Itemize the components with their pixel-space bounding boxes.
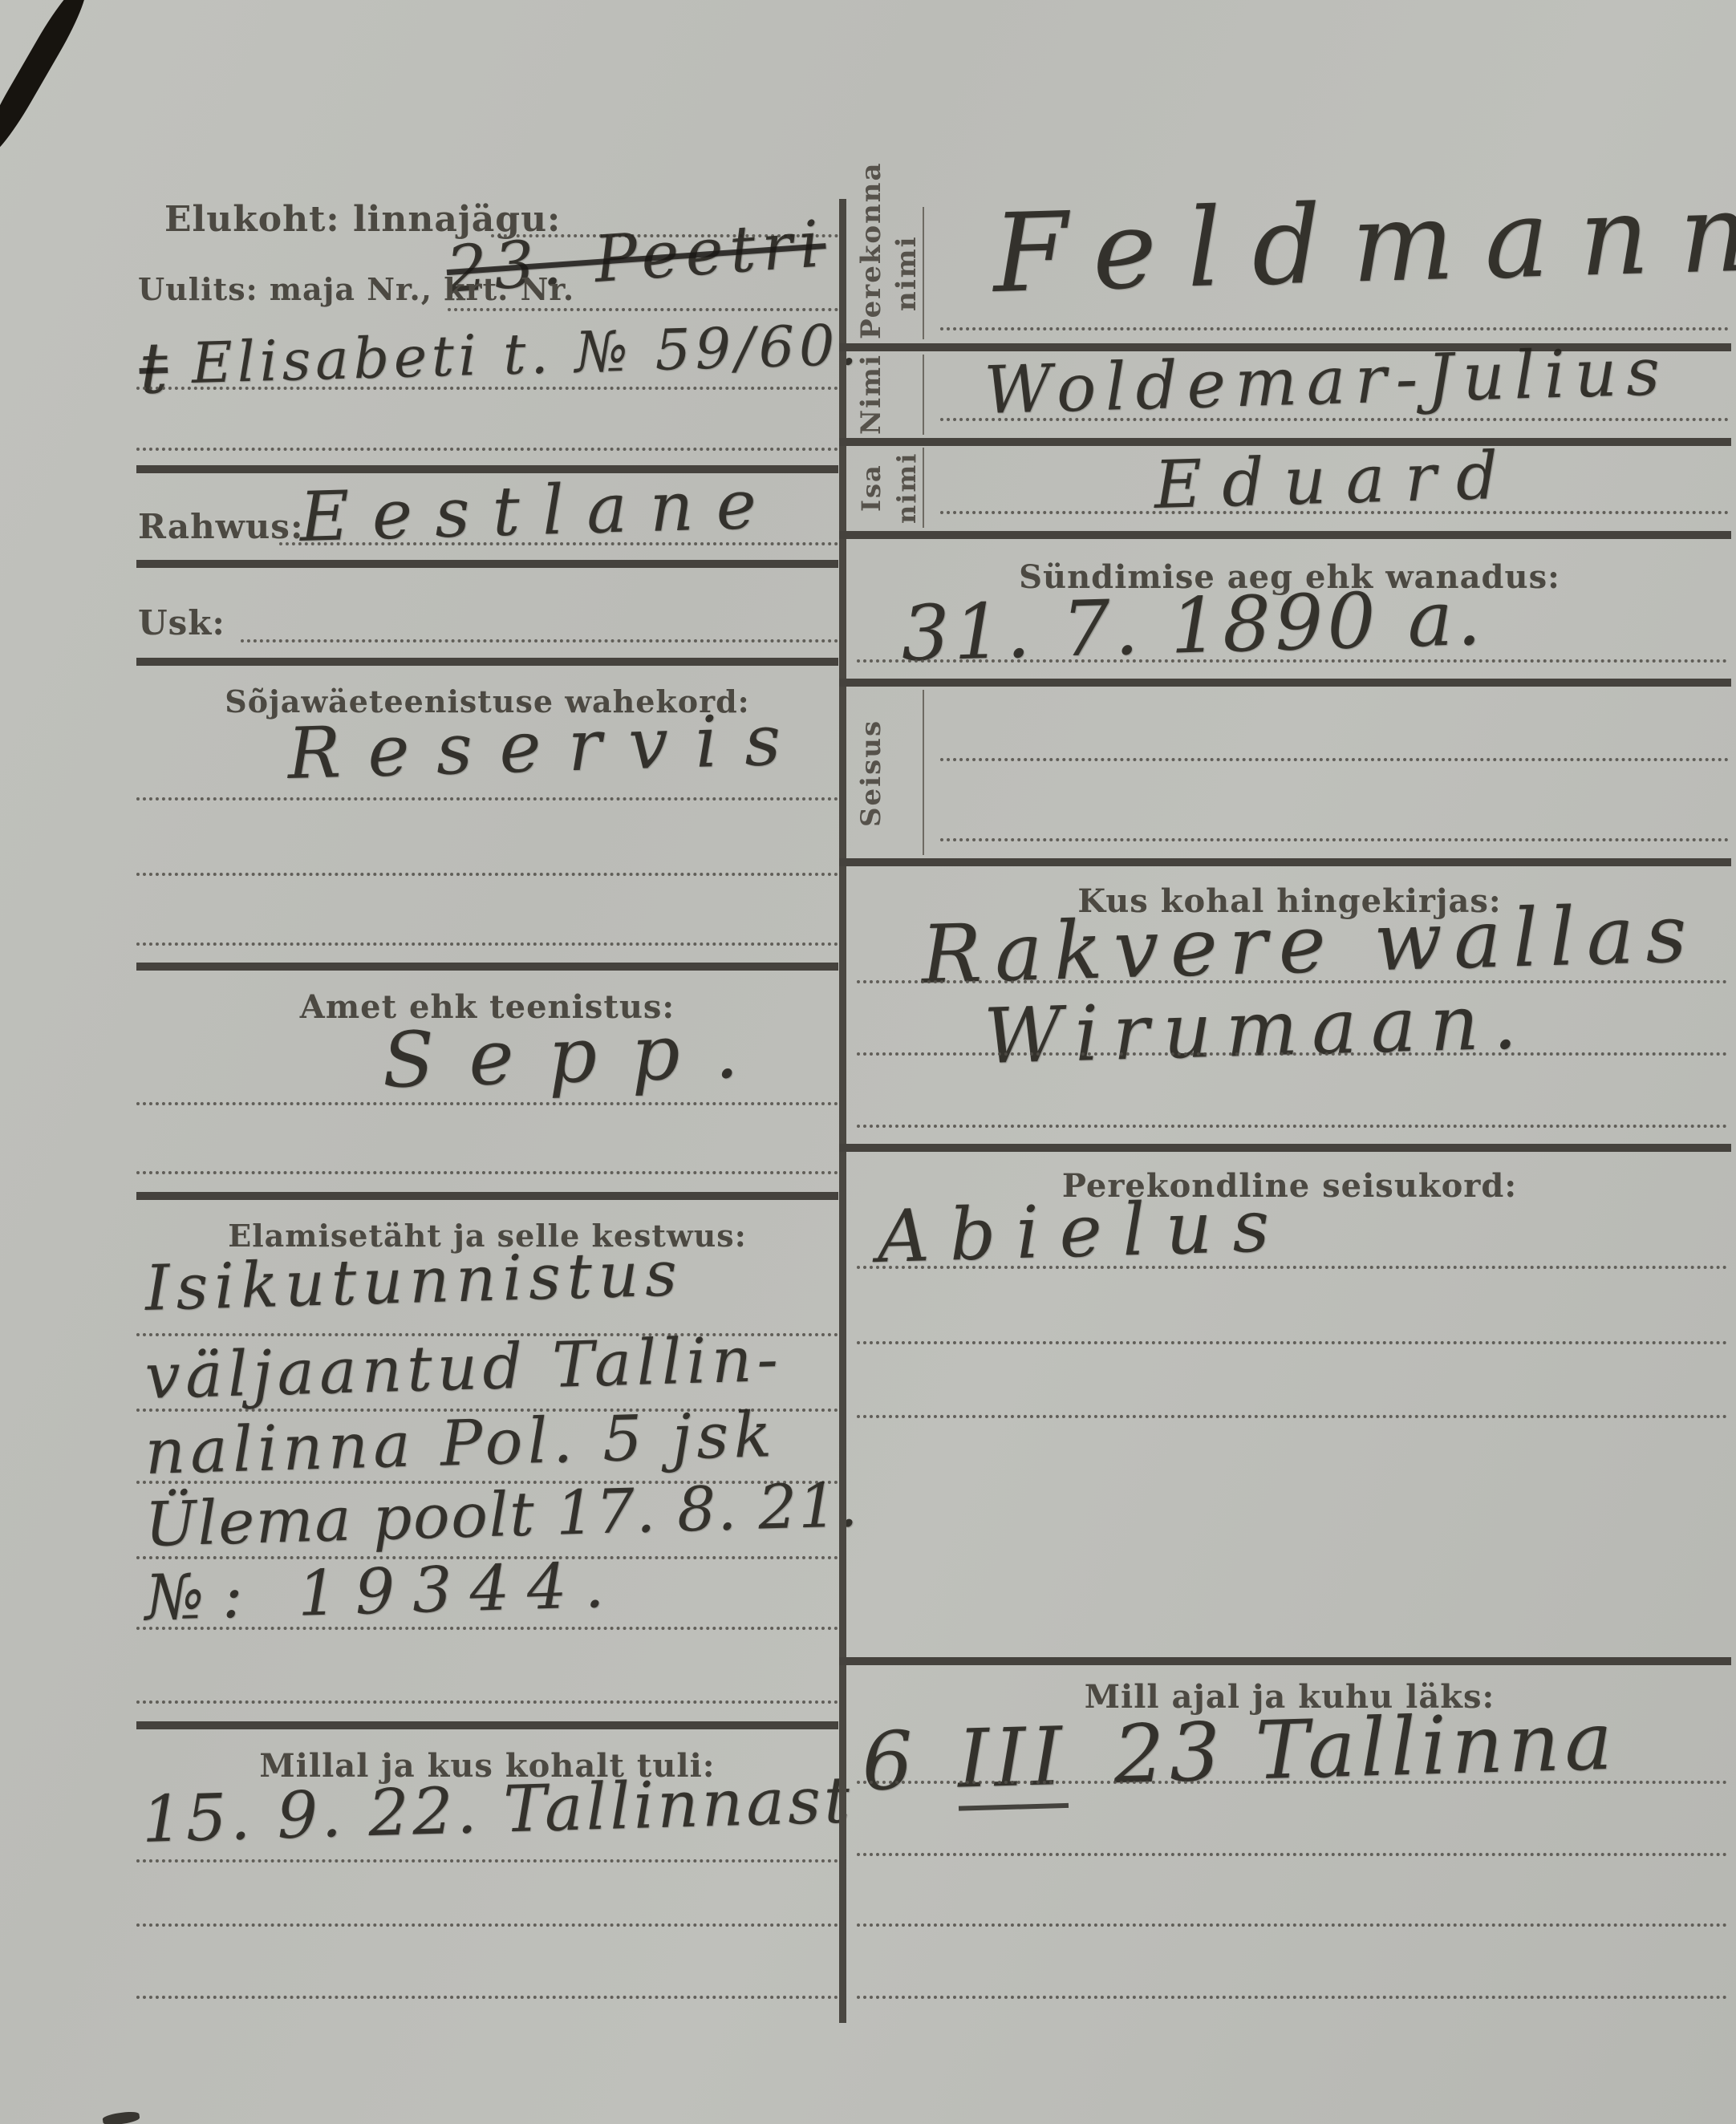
section-divider [136,1721,838,1729]
dotted-rule [136,942,838,946]
dotted-rule [940,758,1729,761]
departure-month: III [956,1709,1069,1811]
status-label: Seisus [854,691,924,855]
dotted-rule [857,1923,1727,1927]
dotted-rule [136,797,838,801]
column-divider [839,199,846,2023]
departure-value: 6 III 23 Tallinna [861,1694,1619,1809]
religion-label: Usk: [138,603,225,642]
section-divider [839,858,1731,866]
dotted-rule [136,448,838,451]
dotted-rule [857,1853,1727,1856]
dotted-rule [857,1125,1727,1128]
section-divider [136,560,838,568]
family-name-label: Perekonna nimi [854,207,924,339]
dotted-rule [241,639,838,642]
dotted-rule [857,1341,1727,1344]
dotted-rule [136,1102,838,1105]
birth-date-value: 31. 7. 1890 a. [900,574,1486,679]
dotted-rule [448,308,838,311]
dotted-rule [857,1266,1727,1269]
dotted-rule [136,873,838,876]
dotted-rule [857,980,1727,983]
dotted-rule [940,838,1729,841]
dotted-rule [136,387,838,390]
given-name-label: Nimi [854,353,924,436]
label-separator [923,448,924,528]
ink-smudge [102,2110,140,2124]
dotted-rule [857,1052,1727,1056]
dotted-rule [279,542,838,545]
dotted-rule [857,1996,1727,1999]
section-divider [136,658,838,666]
departure-rest: 23 Tallinna [1112,1694,1618,1802]
dotted-rule [136,1700,838,1704]
residence-permit-line: Isikutunnistus [144,1238,683,1325]
ink-stroke-mark [0,0,95,162]
label-separator [923,355,924,435]
dotted-rule [136,1627,838,1630]
dotted-rule [136,1171,838,1174]
father-name-label: Isa nimi [854,446,924,529]
street-label: Uulits: maja Nr., krt. Nr. [138,271,574,307]
dotted-rule [940,511,1729,514]
section-divider [839,679,1731,687]
dotted-rule [136,1996,838,1999]
dotted-rule [940,418,1729,421]
section-divider [839,531,1731,539]
residence-permit-line: №: 19344. [144,1549,623,1635]
section-divider [136,963,838,971]
label-separator [923,690,924,855]
dotted-rule [136,1859,838,1863]
section-divider [136,1192,838,1200]
section-divider [839,1657,1731,1665]
family-name-value: Feldmann [992,169,1736,317]
dotted-rule [136,1923,838,1927]
registration-card-scan: Elukoht: linnajägu: 23. Peetri Uulits: m… [0,0,1736,2124]
dotted-rule [857,1781,1727,1784]
street-prefix-struck: t [138,326,168,410]
occupation-value: Sepp. [381,1006,774,1105]
street-value: Elisabeti t. № 59/60. [191,312,862,396]
section-divider [839,1144,1731,1152]
label-separator [923,207,924,339]
departure-day: 6 [861,1713,919,1809]
nationality-label: Rahwus: [138,507,303,546]
residence-permit-line: väljaantud Tallin- [144,1323,784,1413]
dotted-rule [940,327,1729,330]
dotted-rule [857,659,1727,663]
dotted-rule [857,1415,1727,1418]
military-service-value: Reservis [286,698,809,795]
parish-register-line2: Wirumaan. [983,978,1531,1081]
